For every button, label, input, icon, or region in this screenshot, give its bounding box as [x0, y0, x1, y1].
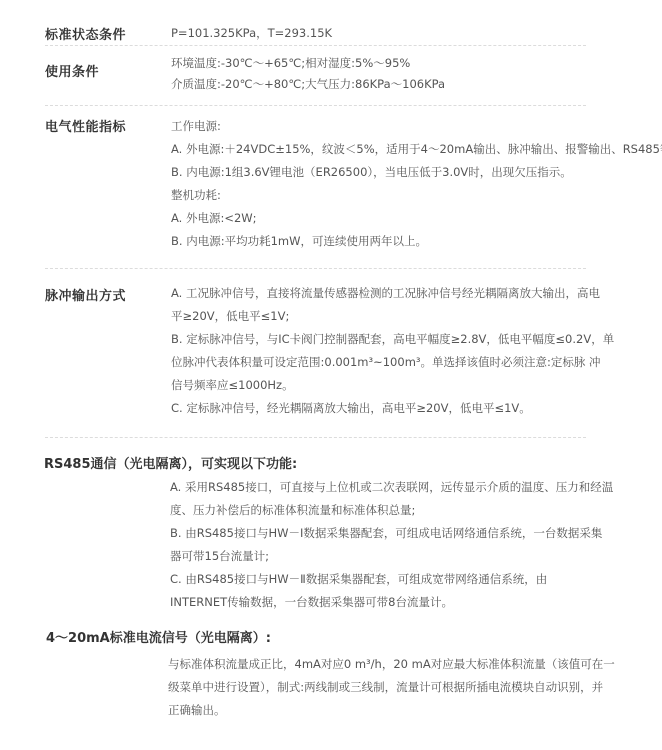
label-standard-conditions: 标准状态条件: [45, 24, 126, 43]
electrical-line: B. 内电源:1组3.6V锂电池（ER26500），当电压低于3.0V时，出现欠…: [171, 164, 572, 180]
rs485-line: 器可带15台流量计;: [170, 548, 269, 564]
rs485-line: C. 由RS485接口与HW－Ⅱ数据采集器配套，可组成宽带网络通信系统，由: [170, 571, 547, 587]
current-line: 与标准体积流量成正比，4mA对应0 m³/h，20 mA对应最大标准体积流量（该…: [168, 656, 615, 672]
electrical-line: A. 外电源:<2W;: [171, 210, 257, 226]
usage-line: 介质温度:-20℃～+80℃;大气压力:86KPa～106KPa: [171, 76, 445, 92]
value-standard-conditions: P=101.325KPa，T=293.15K: [171, 25, 332, 41]
separator: [45, 437, 586, 438]
rs485-line: A. 采用RS485接口，可直接与上位机或二次表联网，远传显示介质的温度、压力和…: [170, 479, 613, 495]
pulse-line: A. 工况脉冲信号，直接将流量传感器检测的工况脉冲信号经光耦隔离放大输出，高电: [171, 285, 600, 301]
pulse-line: 信号频率应≤1000Hz。: [171, 377, 294, 393]
separator: [45, 105, 586, 106]
pulse-line: 位脉冲代表体积量可设定范围:0.001m³~100m³。单选择该值时必须注意:定…: [171, 354, 601, 370]
rs485-line: 度、压力补偿后的标准体积流量和标准体积总量;: [170, 502, 415, 518]
label-pulse-output: 脉冲输出方式: [45, 285, 126, 304]
separator: [45, 268, 586, 269]
usage-line: 环境温度:-30℃～+65℃;相对湿度:5%～95%: [171, 55, 410, 71]
electrical-line: 工作电源:: [171, 118, 221, 134]
current-line: 正确输出。: [168, 702, 226, 718]
electrical-line: A. 外电源:＋24VDC±15%，纹波＜5%，适用于4～20mA输出、脉冲输出…: [171, 141, 662, 157]
pulse-line: 平≥20V，低电平≤1V;: [171, 308, 289, 324]
label-usage-conditions: 使用条件: [45, 61, 99, 80]
rs485-heading: RS485通信（光电隔离），可实现以下功能:: [44, 453, 297, 472]
electrical-line: B. 内电源:平均功耗1mW，可连续使用两年以上。: [171, 233, 427, 249]
pulse-line: B. 定标脉冲信号，与IC卡阀门控制器配套，高电平幅度≥2.8V，低电平幅度≤0…: [171, 331, 614, 347]
separator: [45, 45, 586, 46]
label-electrical: 电气性能指标: [45, 116, 126, 135]
current-line: 级菜单中进行设置），制式:两线制或三线制，流量计可根据所插电流模块自动识别，并: [168, 679, 603, 695]
current-signal-heading: 4～20mA标准电流信号（光电隔离）:: [46, 627, 271, 646]
pulse-line: C. 定标脉冲信号，经光耦隔离放大输出，高电平≥20V，低电平≤1V。: [171, 400, 531, 416]
rs485-line: INTERNET传输数据，一台数据采集器可带8台流量计。: [170, 594, 453, 610]
rs485-line: B. 由RS485接口与HW－Ⅰ数据采集器配套，可组成电话网络通信系统，一台数据…: [170, 525, 602, 541]
electrical-line: 整机功耗:: [171, 187, 221, 203]
